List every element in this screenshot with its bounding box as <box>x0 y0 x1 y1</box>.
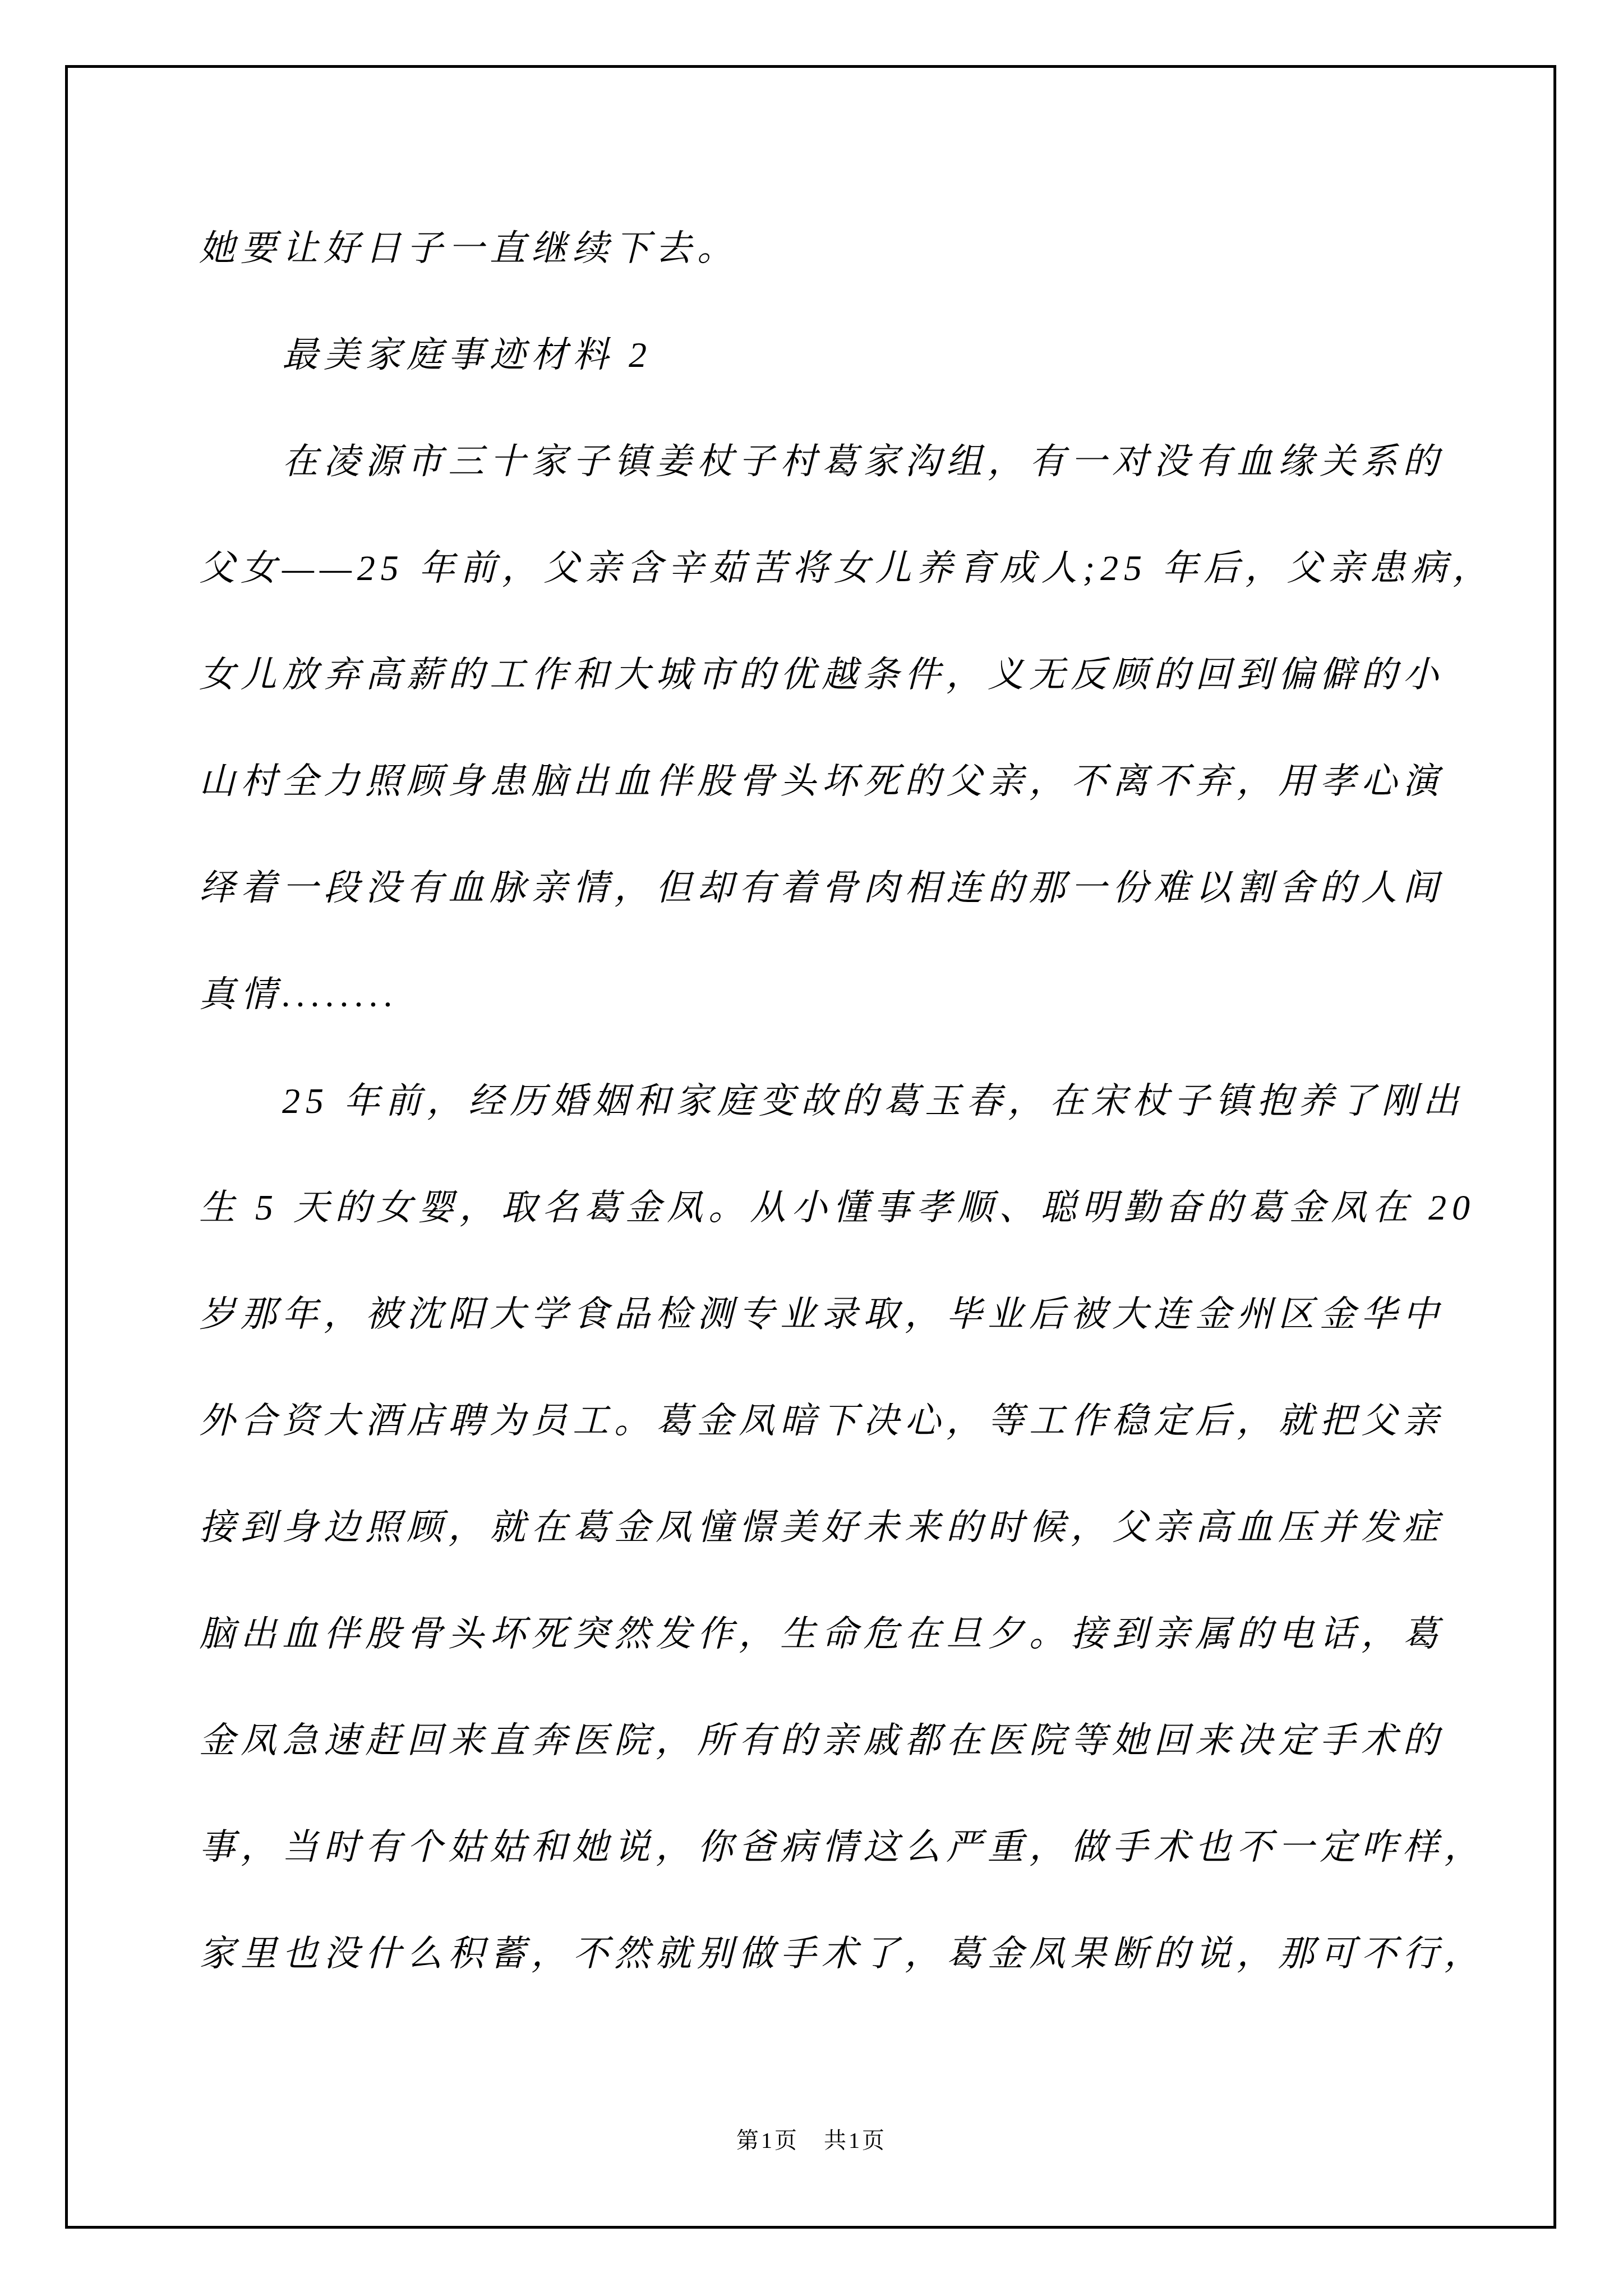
text-line: 脑出血伴股骨头坏死突然发作，生命危在旦夕。接到亲属的电话，葛 <box>199 1581 1467 1687</box>
text-line: 接到身边照顾，就在葛金凤憧憬美好未来的时候，父亲高血压并发症 <box>199 1474 1467 1581</box>
page-footer: 第1页 共1页 <box>0 2125 1623 2156</box>
text-line: 外合资大酒店聘为员工。葛金凤暗下决心，等工作稳定后，就把父亲 <box>199 1368 1467 1474</box>
text-line: 岁那年，被沈阳大学食品检测专业录取，毕业后被大连金州区金华中 <box>199 1261 1467 1368</box>
text-line: 金凤急速赶回来直奔医院，所有的亲戚都在医院等她回来决定手术的 <box>199 1687 1467 1794</box>
text-line: 最美家庭事迹材料 2 <box>199 302 1467 408</box>
text-line: 在凌源市三十家子镇姜杖子村葛家沟组，有一对没有血缘关系的 <box>199 408 1467 515</box>
text-line: 真情........ <box>199 941 1467 1048</box>
document-page: 她要让好日子一直继续下去。 最美家庭事迹材料 2 在凌源市三十家子镇姜杖子村葛家… <box>0 0 1623 2296</box>
text-line: 事，当时有个姑姑和她说，你爸病情这么严重，做手术也不一定咋样， <box>199 1794 1467 1901</box>
text-line: 绎着一段没有血脉亲情，但却有着骨肉相连的那一份难以割舍的人间 <box>199 835 1467 941</box>
text-line: 女儿放弃高薪的工作和大城市的优越条件，义无反顾的回到偏僻的小 <box>199 622 1467 728</box>
document-body: 她要让好日子一直继续下去。 最美家庭事迹材料 2 在凌源市三十家子镇姜杖子村葛家… <box>199 195 1467 2007</box>
text-line: 她要让好日子一直继续下去。 <box>199 195 1467 302</box>
text-line: 25 年前，经历婚姻和家庭变故的葛玉春，在宋杖子镇抱养了刚出 <box>199 1048 1467 1154</box>
text-line: 山村全力照顾身患脑出血伴股骨头坏死的父亲，不离不弃，用孝心演 <box>199 728 1467 835</box>
text-line: 生 5 天的女婴，取名葛金凤。从小懂事孝顺、聪明勤奋的葛金凤在 20 <box>199 1154 1467 1261</box>
text-line: 家里也没什么积蓄，不然就别做手术了，葛金凤果断的说，那可不行， <box>199 1901 1467 2007</box>
text-line: 父女——25 年前，父亲含辛茹苦将女儿养育成人;25 年后，父亲患病， <box>199 515 1467 622</box>
